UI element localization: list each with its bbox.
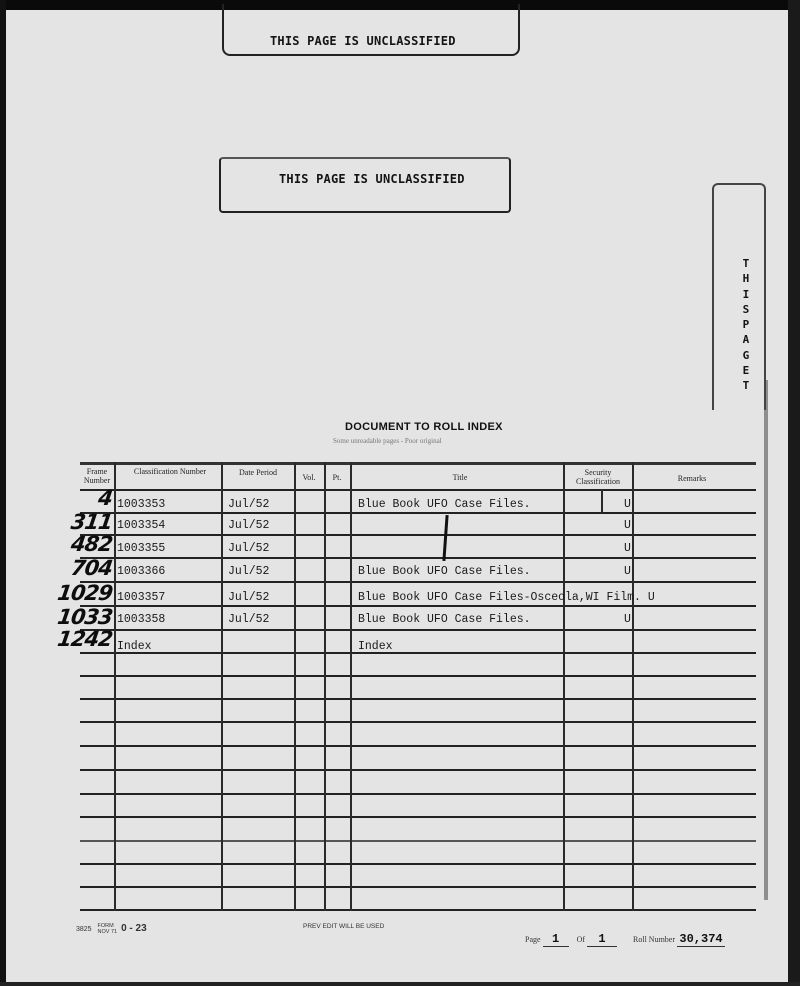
form-date: NOV 71: [98, 929, 118, 935]
title-cell: Blue Book UFO Case Files.: [358, 498, 531, 511]
security-cell: U: [624, 542, 631, 555]
row-rule: [80, 840, 756, 842]
page-counter: Page 1 Of 1 Roll Number 30,374: [525, 932, 725, 947]
frame-number: 1029: [54, 581, 113, 605]
frame-number: 311: [54, 510, 113, 534]
classification-number: 1003358: [117, 613, 165, 626]
col-divider: [114, 462, 116, 911]
title-cell: Blue Book UFO Case Files.: [358, 565, 531, 578]
classification-number: 1003354: [117, 519, 165, 532]
frame-number: 4: [54, 486, 113, 510]
prev-edit-note: PREV EDIT WILL BE USED: [303, 923, 384, 930]
form-number: 3825 FORM NOV 71 0 - 23: [76, 923, 147, 935]
row-rule: [80, 534, 756, 536]
row-rule: [80, 721, 756, 723]
header-pt: Pt.: [324, 473, 350, 482]
header-frame-number: Frame Number: [80, 467, 114, 485]
page-value: 1: [543, 932, 569, 947]
date-period: Jul/52: [228, 613, 269, 626]
scan-right-border: [788, 0, 800, 986]
col-divider: [632, 462, 634, 911]
classification-number: 1003366: [117, 565, 165, 578]
page-label: Page: [525, 935, 541, 944]
date-period: Jul/52: [228, 565, 269, 578]
header-title: Title: [410, 473, 510, 482]
table-bottom-rule: [80, 909, 756, 911]
frame-number: 1242: [54, 627, 113, 651]
form-id: 3825: [76, 926, 92, 933]
page-fold-shadow: [764, 380, 768, 900]
header-rule: [80, 489, 756, 491]
date-period: Jul/52: [228, 498, 269, 511]
col-divider: [563, 462, 565, 911]
row-rule: [80, 675, 756, 677]
of-label: Of: [577, 935, 585, 944]
row-rule: [80, 863, 756, 865]
ditto-mark: [442, 515, 448, 561]
unclassified-stamp-vertical: THIS PAGE T: [740, 256, 752, 394]
frame-number: 1033: [54, 605, 113, 629]
date-period: Jul/52: [228, 542, 269, 555]
stamp-frame-side: [712, 183, 766, 410]
document-subtitle: Some unreadable pages - Poor original: [333, 437, 442, 445]
classification-number: 1003357: [117, 591, 165, 604]
row-rule: [80, 793, 756, 795]
row-rule: [80, 512, 756, 514]
title-cell: Blue Book UFO Case Files-Osceola,WI Film…: [358, 591, 655, 604]
row-rule: [80, 629, 756, 631]
row-rule: [80, 769, 756, 771]
roll-number-label: Roll Number: [633, 935, 675, 944]
of-value: 1: [587, 932, 617, 947]
date-period: Jul/52: [228, 591, 269, 604]
row-rule: [80, 816, 756, 818]
col-divider: [221, 462, 223, 911]
row-rule: [80, 581, 756, 583]
scan-bottom-border: [0, 982, 800, 986]
security-cell: U: [624, 519, 631, 532]
table-top-rule: [80, 462, 756, 465]
classification-number: 1003353: [117, 498, 165, 511]
security-cell: U: [624, 565, 631, 578]
classification-number: 1003355: [117, 542, 165, 555]
scan-left-border: [0, 0, 6, 986]
unclassified-stamp-top: THIS PAGE IS UNCLASSIFIED: [270, 34, 456, 48]
header-classification-number: Classification Number: [130, 467, 210, 476]
date-period: Jul/52: [228, 519, 269, 532]
form-code: 0 - 23: [121, 923, 147, 934]
frame-number: 482: [54, 532, 113, 556]
row-rule: [80, 698, 756, 700]
header-remarks: Remarks: [652, 474, 732, 483]
row-rule: [80, 557, 756, 559]
security-cell: U: [624, 498, 631, 511]
row-rule: [80, 652, 756, 654]
title-cell: Blue Book UFO Case Files.: [358, 613, 531, 626]
row-rule: [80, 886, 756, 888]
header-date-period: Date Period: [230, 468, 286, 477]
col-divider: [350, 462, 352, 911]
unclassified-stamp-middle: THIS PAGE IS UNCLASSIFIED: [279, 172, 465, 186]
header-security-classification: Security Classification: [568, 468, 628, 486]
row-rule: [80, 745, 756, 747]
row-rule: [80, 605, 756, 607]
col-divider: [294, 462, 296, 911]
title-cell: Index: [358, 640, 393, 653]
stamp-frame-top: [222, 4, 520, 56]
roll-number-value: 30,374: [677, 932, 725, 947]
frame-number: 704: [54, 556, 113, 580]
document-title: DOCUMENT TO ROLL INDEX: [345, 421, 503, 433]
col-divider: [324, 462, 326, 911]
security-cell: U: [624, 613, 631, 626]
classification-number: Index: [117, 640, 152, 653]
header-vol: Vol.: [294, 473, 324, 482]
security-subdivider: [601, 489, 603, 513]
